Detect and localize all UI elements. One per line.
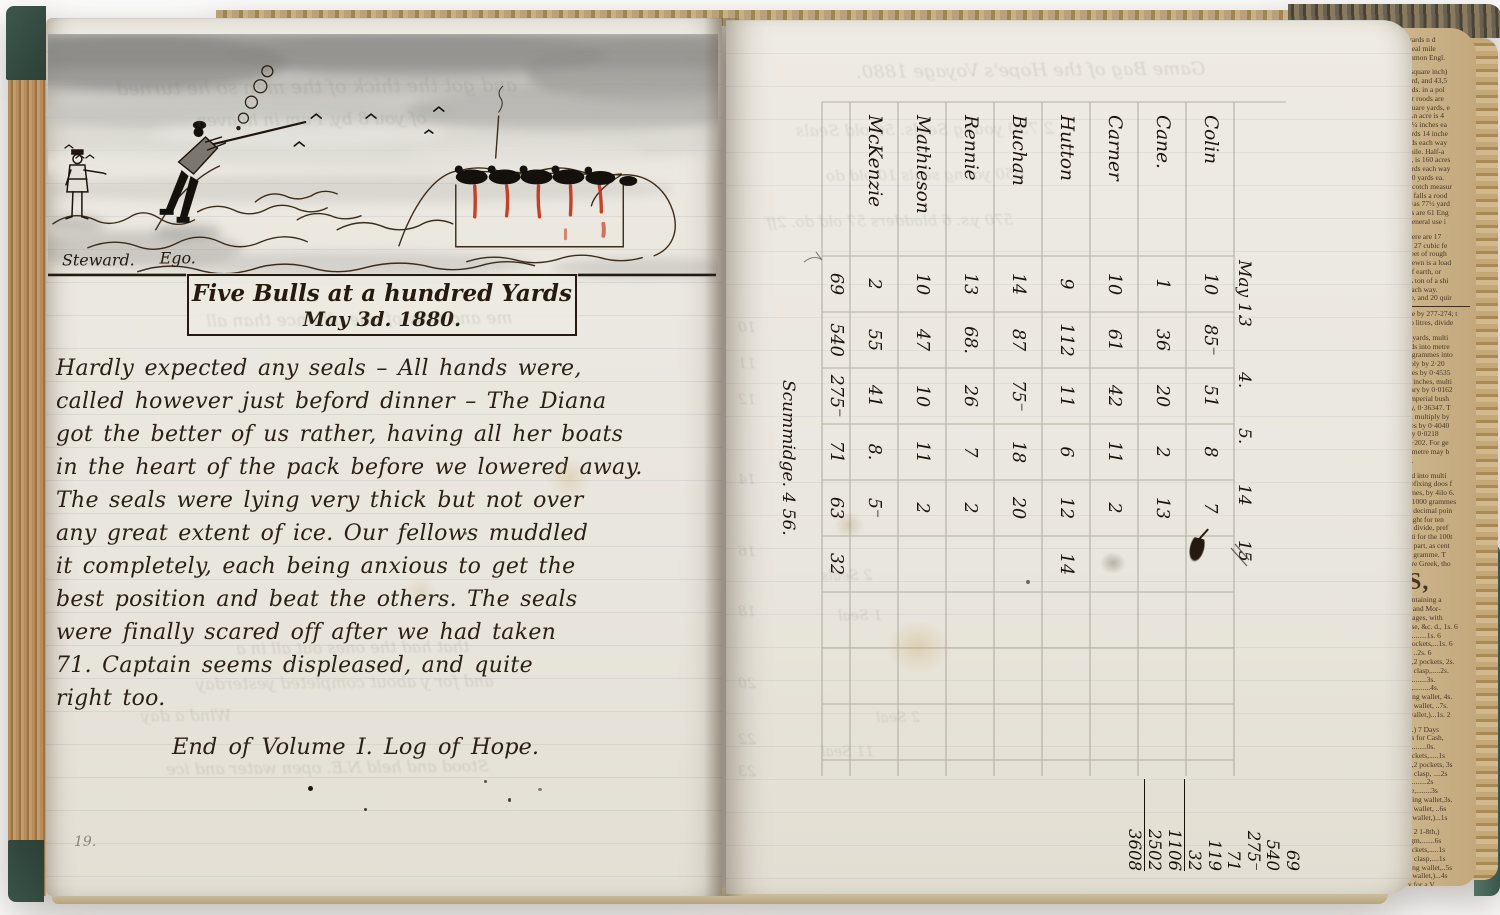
entry-line-5: The seals were lying very thick but not … (56, 484, 716, 517)
bleed-line: 2 Seal (876, 710, 920, 726)
entry-line-10: 71. Captain seems displeased, and quite (56, 649, 716, 682)
sum-second-addend: 2502 (1145, 779, 1165, 871)
ink-speck (1026, 580, 1030, 584)
table-cell: 2 (863, 254, 885, 314)
table-cell: 18 (1007, 422, 1029, 482)
clip-text-line: e. (1408, 457, 1476, 466)
table-cell: 275⁻ (825, 366, 847, 426)
table-cell: 47 (911, 310, 933, 370)
table-cell: 55 (863, 310, 885, 370)
printed-clipping: yards n dueal milemmon Engl.(square inch… (1402, 28, 1476, 886)
bleed-header: Game Bag of the Hope's Voyage 1880. (856, 58, 1206, 83)
entry-line-6: any great extent of ice. Our fellows mud… (56, 517, 716, 550)
table-cell: 9 (1055, 254, 1077, 314)
bleed-margin-number: 14 (738, 472, 756, 488)
cover-corner-bottom-left (8, 840, 44, 902)
sum-addend: 71 (1224, 779, 1244, 871)
bleed-margin-number: 18 (738, 604, 756, 620)
clip-text-line: y for a V (1408, 881, 1476, 886)
table-cell: 41 (863, 366, 885, 426)
table-cell: 11 (911, 422, 933, 482)
bleed-margin-number: 20 (738, 676, 756, 692)
clip-text-line: r wallet,)...1s (1408, 814, 1476, 823)
seal-hunt-sketch: Steward. Ego. (48, 34, 718, 286)
table-cell: 112 (1055, 310, 1077, 370)
steward-label: Steward. (62, 251, 135, 270)
table-cell: 26 (959, 366, 981, 426)
table-cell: 10 (911, 366, 933, 426)
table-cell: 1 (1151, 254, 1173, 314)
table-cell: 8 (1199, 422, 1221, 482)
table-cell: 7 (1199, 478, 1221, 538)
stain (886, 620, 950, 674)
bleed-line: 1 Seal (838, 608, 882, 624)
clip-text-line: to litres, divide (1408, 319, 1476, 328)
ink-speck (364, 808, 367, 811)
clip-text-line: wallet,)...1s. 2 (1408, 711, 1476, 720)
entry-line-3: got the better of us rather, having all … (56, 418, 716, 451)
table-cell: 32 (825, 534, 847, 594)
table-cell: 2 (911, 478, 933, 538)
table-cell: 2 (959, 478, 981, 538)
table-cell: 61 (1103, 310, 1125, 370)
grand-total-sum: 69540275⁻7111932110625023608 (1104, 779, 1302, 877)
column-header-colin: Colin (1198, 115, 1222, 245)
table-cell: 20 (1151, 366, 1173, 426)
journal-entry: Hardly expected any seals – All hands we… (56, 352, 716, 715)
ink-speck (538, 788, 542, 791)
caption-line-1: Five Bulls at a hundred Yards (189, 280, 575, 307)
entry-line-7: it completely, each being anxious to get… (56, 550, 716, 583)
entry-line-2: called however just beford dinner – The … (56, 385, 716, 418)
table-cell: 8. (863, 422, 885, 482)
table-cell: 68. (959, 310, 981, 370)
sketch-caption: Five Bulls at a hundred Yards May 3d. 18… (187, 274, 577, 336)
table-cell: 2 (1151, 422, 1173, 482)
table-cell: 69 (825, 254, 847, 314)
cover-corner-top-left (6, 6, 46, 80)
date-label: 15 (1233, 540, 1255, 612)
clip-text-line: general use i (1408, 218, 1476, 227)
clip-text-line: re, and 20 quir (1408, 294, 1476, 303)
ink-speck (508, 798, 511, 802)
clip-text-line: ometre may b (1408, 448, 1476, 457)
entry-line-8: best position and beat the others. The s… (56, 583, 716, 616)
bleed-margin-number: 11 (738, 356, 756, 372)
smudge (1100, 552, 1126, 574)
table-cell: 51 (1199, 366, 1221, 426)
ink-speck (308, 786, 313, 791)
ink-speck (464, 532, 467, 535)
table-cell: 10 (911, 254, 933, 314)
sum-addend: 32 (1185, 779, 1205, 871)
table-cell: 87 (1007, 310, 1029, 370)
sum-addend: 540 (1263, 779, 1283, 871)
sky-wash (48, 34, 718, 278)
table-cell: 63 (825, 478, 847, 538)
ink-speck (484, 780, 487, 783)
table-cell: 20 (1007, 478, 1029, 538)
entry-line-11: right too. (56, 682, 716, 715)
entry-line-9: were finally scared off after we had tak… (56, 616, 716, 649)
table-cell: 12 (1055, 478, 1077, 538)
bleed-margin-number: 22 (738, 732, 756, 748)
table-cell: 5⁻ (863, 478, 885, 538)
clip-section-heading: S, (1408, 568, 1476, 596)
column-header-buchan: Buchan (1006, 115, 1030, 245)
bleed-margin-number: 12 (738, 392, 756, 408)
clip-rule (1408, 306, 1470, 307)
right-page: 69540275⁻716332McKenzie255418.5⁻Mathieso… (726, 20, 1412, 894)
ego-label: Ego. (159, 249, 196, 268)
table-cell: 10 (1103, 254, 1125, 314)
scummidge-margin-note: Scummidge. 4 56. (778, 380, 798, 560)
column-header-mckenzie: McKenzie (862, 115, 886, 245)
table-cell: 13 (1151, 478, 1173, 538)
bleed-margin-number: 16 (738, 544, 756, 560)
table-cell: 11 (1103, 422, 1125, 482)
ink-blot (1186, 537, 1206, 564)
page-number-pencil: 19. (74, 834, 96, 850)
table-cell: 71 (825, 422, 847, 482)
column-header-mathieson: Mathieson (910, 115, 934, 245)
table-cell: 36 (1151, 310, 1173, 370)
closing-line: End of Volume I. Log of Hope. (172, 734, 539, 760)
bleed-margin-number: 10 (738, 320, 756, 336)
column-header-cane: Cane. (1150, 115, 1174, 245)
table-cell: 11 (1055, 366, 1077, 426)
bleed-margin-number: 23 (738, 764, 756, 780)
caption-line-2: May 3d. 1880. (189, 307, 575, 331)
bleed-line: 11 Seal (821, 744, 874, 761)
sum-grand-total: 3608 (1125, 779, 1146, 871)
table-cell: 85⁻ (1199, 310, 1221, 370)
entry-line-1: Hardly expected any seals – All hands we… (56, 352, 716, 385)
table-cell: 6 (1055, 422, 1077, 482)
table-cell: 540 (825, 310, 847, 370)
sum-addend: 119 (1205, 779, 1225, 871)
table-cell: 13 (959, 254, 981, 314)
table-cell: 14 (1007, 254, 1029, 314)
photo-background: yards n dueal milemmon Engl.(square inch… (0, 0, 1500, 915)
column-header-carner: Carner (1102, 115, 1126, 245)
entry-line-4: in the heart of the pack before we lower… (56, 451, 716, 484)
sum-subtotal: 1106 (1165, 779, 1186, 871)
table-cell: 42 (1103, 366, 1125, 426)
clip-text-line: are Greek, tho (1408, 560, 1476, 569)
sum-addend: 275⁻ (1244, 779, 1264, 871)
table-cell: 75⁻ (1007, 366, 1029, 426)
column-header-rennie: Rennie (958, 115, 982, 245)
table-cell: 2 (1103, 478, 1125, 538)
sum-addend: 69 (1283, 779, 1303, 871)
table-cell: 7 (959, 422, 981, 482)
left-page: Steward. Ego. Five Bulls at a hundred Ya… (46, 18, 722, 896)
left-page-edges (8, 16, 46, 896)
notebook: yards n dueal milemmon Engl.(square inch… (6, 4, 1494, 906)
table-cell: 14 (1055, 534, 1077, 594)
table-cell: 10 (1199, 254, 1221, 314)
clip-text-line: mmon Engl. (1408, 54, 1476, 63)
column-header-hutton: Hutton (1054, 115, 1078, 245)
